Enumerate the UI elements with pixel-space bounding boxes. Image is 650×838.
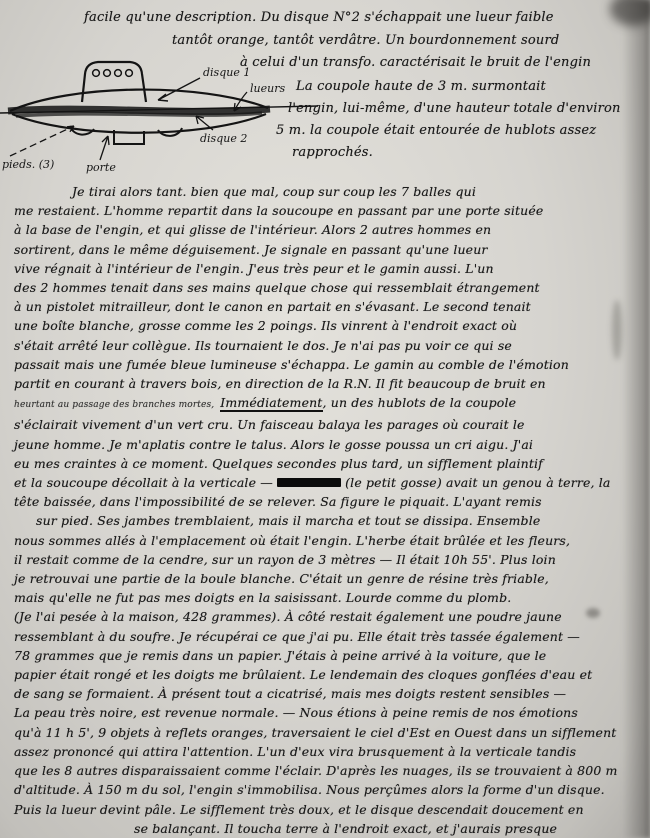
body-line-15: eu mes craintes à ce moment. Quelques se… xyxy=(14,454,648,473)
ufo-sketch: disque 1 lueurs disque 2 porte pieds. (3… xyxy=(0,56,322,174)
dome-porthole xyxy=(93,70,100,77)
body-line-22: mais qu'elle ne fut pas mes doigts en la… xyxy=(14,588,648,607)
body-line-26: papier était rongé et les doigts me brûl… xyxy=(14,665,648,684)
scan-corner-blotch xyxy=(610,0,650,26)
body-line-18: sur pied. Ses jambes tremblaient, mais i… xyxy=(14,511,648,530)
body-line-31: que les 8 autres disparaissaient comme l… xyxy=(14,761,648,780)
redaction-bar xyxy=(277,478,341,487)
body-line-32: d'altitude. À 150 m du sol, l'engin s'im… xyxy=(14,780,648,799)
body-line-4: sortirent, dans le même déguisement. Je … xyxy=(14,240,648,259)
arrow-pieds xyxy=(10,126,74,156)
header-line-2: tantôt orange, tantôt verdâtre. Un bourd… xyxy=(172,33,559,48)
rim-shading xyxy=(8,109,270,111)
body-line-34: se balançant. Il toucha terre à l'endroi… xyxy=(14,819,648,838)
line-continuation: , un des hublots de la coupole xyxy=(323,395,517,410)
body-line-16: et la soucoupe décollait à la verticale … xyxy=(14,473,648,492)
body-line-19: nous sommes allés à l'emplacement où éta… xyxy=(14,531,648,550)
label-porte: porte xyxy=(86,161,116,174)
label-pieds: pieds. (3) xyxy=(2,158,54,171)
body-line-2: me restaient. L'homme repartit dans la s… xyxy=(14,201,648,220)
body-line-24: ressemblant à du soufre. Je récupérai ce… xyxy=(14,627,648,646)
body-line-27: de sang se formaient. À présent tout a c… xyxy=(14,684,648,703)
dome-porthole xyxy=(115,70,122,77)
body-line-7: à un pistolet mitrailleur, dont le canon… xyxy=(14,297,648,316)
letter-body: Je tirai alors tant. bien que mal, coup … xyxy=(14,182,648,838)
label-lueurs: lueurs xyxy=(250,82,285,95)
rim-shading xyxy=(16,113,262,116)
underlined-word: Immédiatement xyxy=(220,395,322,412)
label-disque1: disque 1 xyxy=(203,66,250,79)
interline-note: heurtant au passage des branches mortes, xyxy=(14,400,214,410)
scanned-letter-page: facile qu'une description. Du disque N°2… xyxy=(0,0,650,838)
body-line-5: vive régnait à l'intérieur de l'engin. J… xyxy=(14,259,648,278)
dome-outline xyxy=(82,62,146,102)
body-line-33: Puis la lueur devint pâle. Le sifflement… xyxy=(14,800,648,819)
body-line-1: Je tirai alors tant. bien que mal, coup … xyxy=(14,182,648,201)
arrow-porte xyxy=(100,136,109,160)
body-line-28: La peau très noire, est revenue normale.… xyxy=(14,703,648,722)
dome-porthole xyxy=(104,70,111,77)
line-post: (le petit gosse) avait un genou à terre,… xyxy=(341,475,610,490)
body-line-10: passait mais une fumée bleue lumineuse s… xyxy=(14,355,648,374)
body-line-3: à la base de l'engin, et qui glisse de l… xyxy=(14,220,648,239)
body-line-6: des 2 hommes tenait dans ses mains quelq… xyxy=(14,278,648,297)
saucer-lower-hull xyxy=(12,114,266,133)
header-line-1: facile qu'une description. Du disque N°2… xyxy=(84,10,554,25)
body-line-13: s'éclairait vivement d'un vert cru. Un f… xyxy=(14,415,648,434)
body-line-17: tête baissée, dans l'impossibilité de se… xyxy=(14,492,648,511)
body-line-9: s'était arrêté leur collègue. Ils tourna… xyxy=(14,336,648,355)
body-line-23: (Je l'ai pesée à la maison, 428 grammes)… xyxy=(14,607,648,626)
body-line-29: qu'à 11 h 5', 9 objets à reflets oranges… xyxy=(14,723,648,742)
label-disque2: disque 2 xyxy=(200,132,247,145)
body-line-8: une boîte blanche, grosse comme les 2 po… xyxy=(14,316,648,335)
body-line-30: assez prononcé qui attira l'attention. L… xyxy=(14,742,648,761)
header-line-5: l'engin, lui-même, d'une hauteur totale … xyxy=(288,101,621,116)
body-line-20: il restait comme de la cendre, sur un ra… xyxy=(14,550,648,569)
body-line-11: partit en courant à travers bois, en dir… xyxy=(14,374,648,393)
body-line-25: 78 grammes que je remis dans un papier. … xyxy=(14,646,648,665)
body-line-21: je retrouvai une partie de la boule blan… xyxy=(14,569,648,588)
body-line-14: jeune homme. Je m'aplatis contre le talu… xyxy=(14,435,648,454)
dome-porthole xyxy=(126,70,133,77)
header-line-6: 5 m. la coupole était entourée de hublot… xyxy=(276,123,596,138)
header-line-4: La coupole haute de 3 m. surmontait xyxy=(296,79,546,94)
line-pre: et la soucoupe décollait à la verticale … xyxy=(14,475,277,490)
body-line-12: heurtant au passage des branches mortes,… xyxy=(14,393,648,415)
